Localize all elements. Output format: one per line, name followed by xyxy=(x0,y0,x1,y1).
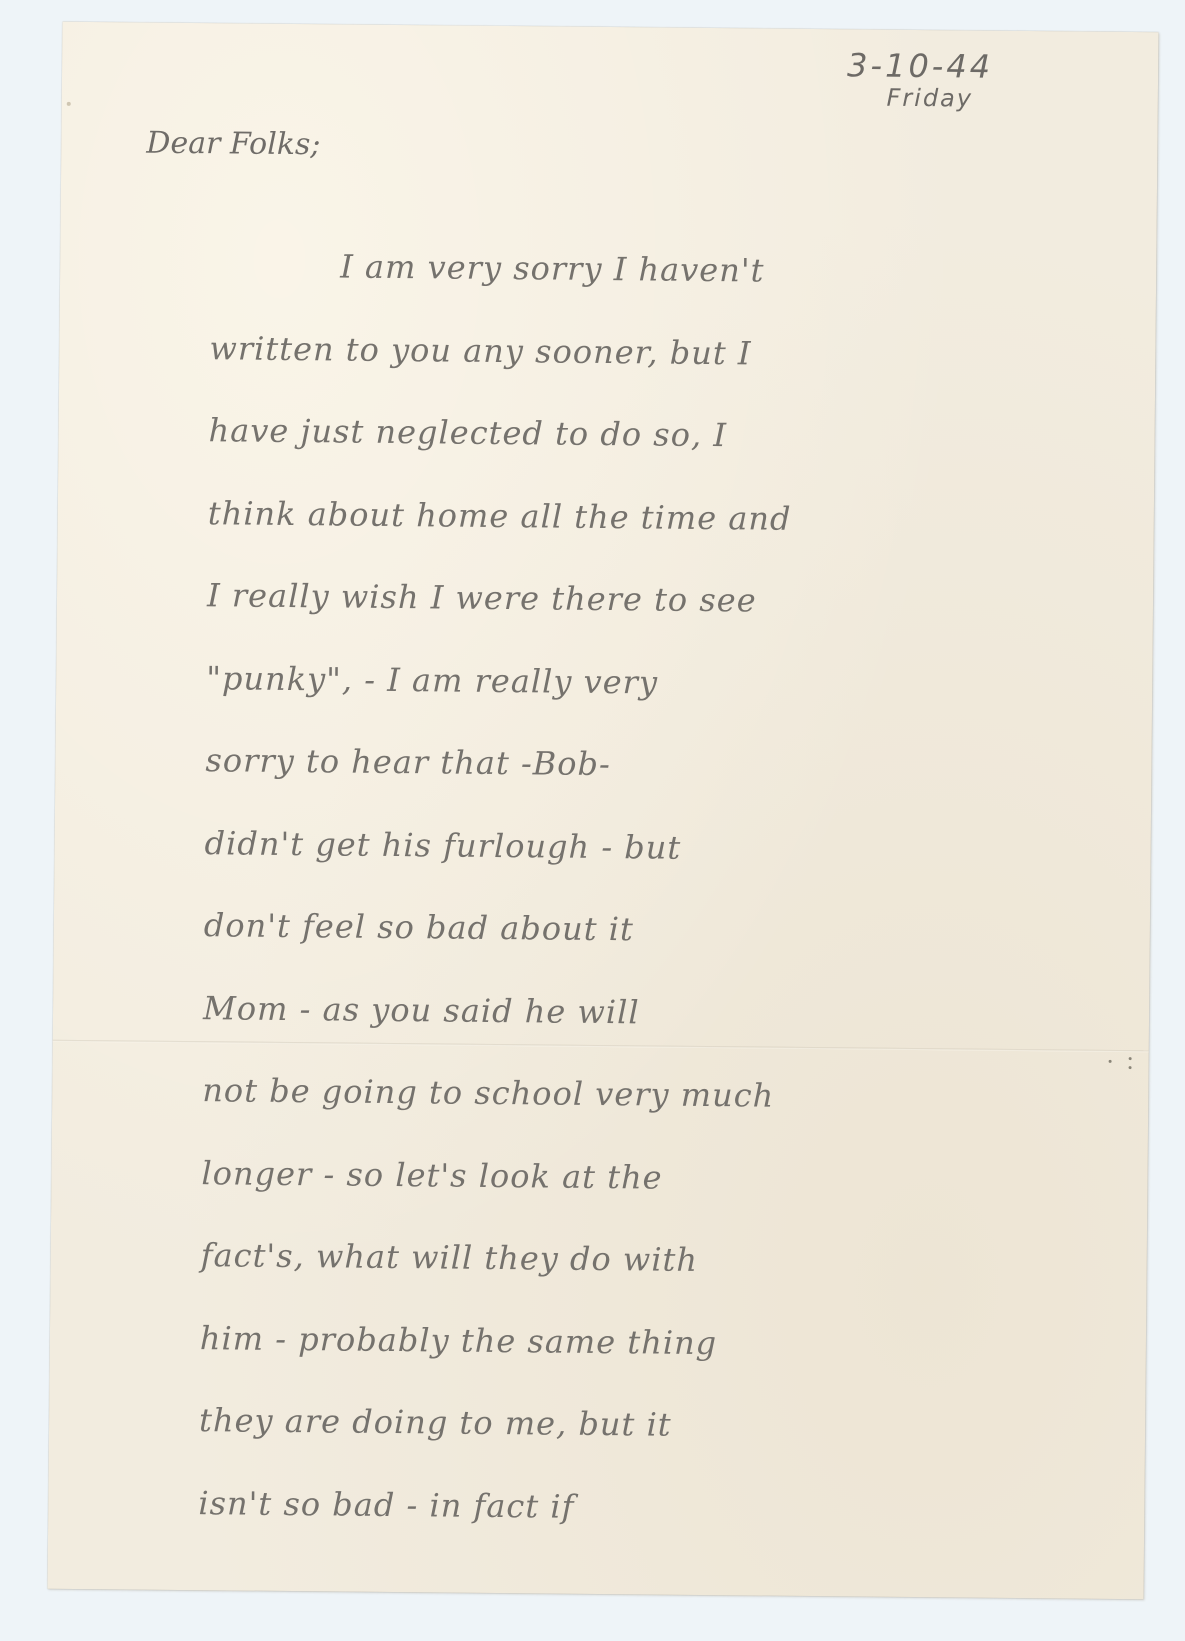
letter-line: they are doing to me, but it xyxy=(199,1390,1100,1481)
letter-line: longer - so let's look at the xyxy=(201,1143,1102,1234)
letter-body: I am very sorry I haven't written to you… xyxy=(198,235,1111,1564)
letter-line: not be going to school very much xyxy=(202,1060,1103,1151)
letter-page: 3-10-44 Friday Dear Folks; I am very sor… xyxy=(48,22,1159,1599)
letter-weekday: Friday xyxy=(867,84,993,113)
letter-line: written to you any sooner, but I xyxy=(209,318,1110,409)
letter-date: 3-10-44 xyxy=(847,47,993,84)
letter-line: him - probably the same thing xyxy=(199,1308,1100,1399)
letter-line: sorry to hear that -Bob- xyxy=(205,730,1106,821)
letter-line: Mom - as you said he will xyxy=(203,978,1104,1069)
letter-line: don't feel so bad about it xyxy=(203,895,1104,986)
paper-marks xyxy=(1106,1057,1136,1077)
letter-date-block: 3-10-44 Friday xyxy=(847,47,993,112)
paper-speck xyxy=(67,102,71,106)
letter-line: I really wish I were there to see xyxy=(207,565,1108,656)
letter-line: didn't get his furlough - but xyxy=(204,813,1105,904)
letter-salutation: Dear Folks; xyxy=(146,126,320,163)
letter-line: have just neglected to do so, I xyxy=(208,400,1109,491)
letter-line: I am very sorry I haven't xyxy=(210,235,1111,326)
letter-line: think about home all the time and xyxy=(207,483,1108,574)
letter-line: isn't so bad - in fact if xyxy=(198,1473,1099,1564)
letter-line: fact's, what will they do with xyxy=(200,1225,1101,1316)
letter-line: "punky", - I am really very xyxy=(206,648,1107,739)
